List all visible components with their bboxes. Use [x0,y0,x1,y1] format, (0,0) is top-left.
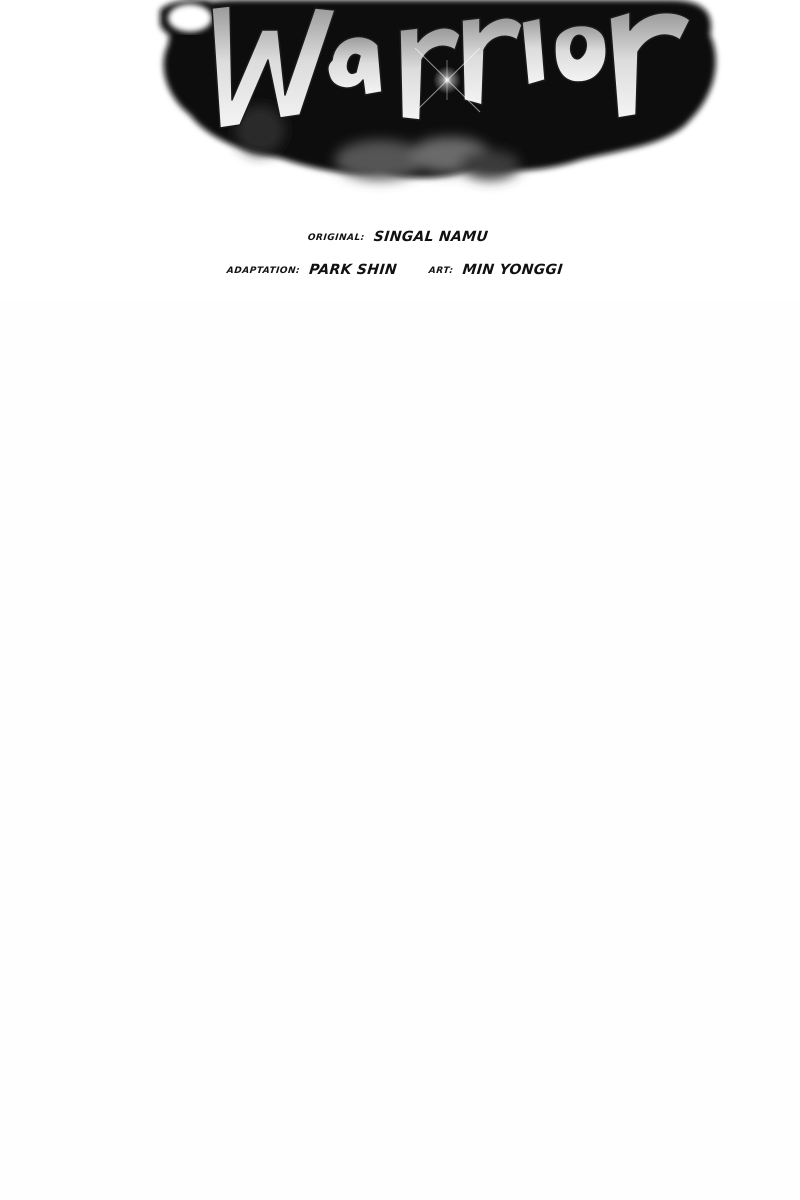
blank-page-area [0,300,800,1200]
title-logo [150,0,730,205]
credit-original: Original:Singal Namu [307,226,489,245]
credit-adaptation: Adaptation:Park Shin [226,259,398,278]
credit-art: Art:Min Yonggi [428,259,564,278]
credit-adaptation-label: Adaptation: [226,266,300,276]
credit-original-value: Singal Namu [373,229,489,245]
credit-art-label: Art: [428,266,454,276]
credit-art-value: Min Yonggi [462,262,564,278]
credit-adaptation-value: Park Shin [308,262,397,278]
credit-original-label: Original: [307,233,365,243]
